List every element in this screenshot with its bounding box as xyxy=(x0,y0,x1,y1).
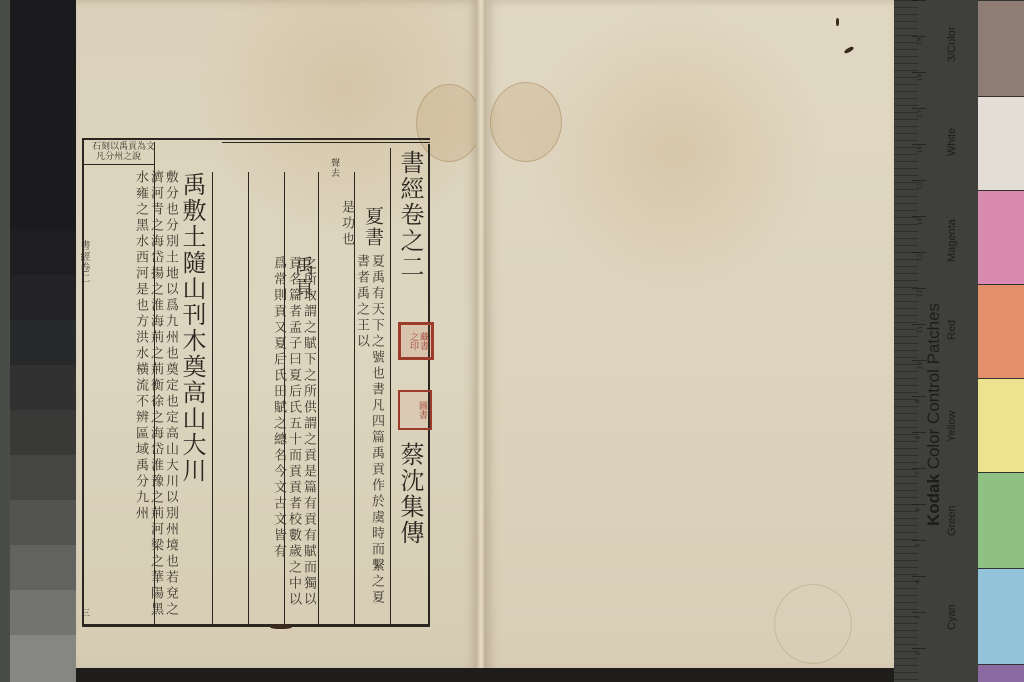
gray-step xyxy=(10,275,86,320)
ruler-number: 17 xyxy=(916,110,923,118)
frame-top-inner xyxy=(222,142,430,143)
seal-text: 藏書之印 xyxy=(404,328,428,354)
patch-cyan xyxy=(978,568,1024,664)
patch-white xyxy=(978,96,1024,190)
gray-step xyxy=(10,410,86,455)
gray-step xyxy=(10,320,86,365)
ruler-number: 6 xyxy=(914,508,921,512)
brand-name: Kodak xyxy=(924,474,943,526)
faint-ring-stain xyxy=(774,584,852,664)
gray-step xyxy=(10,635,86,682)
frame-right xyxy=(428,144,430,626)
ruler-number: 13 xyxy=(916,254,923,262)
header-note: 聲去 xyxy=(328,158,339,178)
patch-yellow xyxy=(978,378,1024,472)
debris-speck xyxy=(836,18,839,26)
kodak-color-control-strip: 2 3 4 5 6 7 8 9 10 11 12 13 14 15 16 17 … xyxy=(894,0,1024,682)
patch-label: Cyan xyxy=(946,604,958,630)
ruler-number: 11 xyxy=(916,326,923,334)
ruler-number: 15 xyxy=(916,182,923,190)
ruler-number: 12 xyxy=(916,290,923,298)
right-page xyxy=(484,0,894,672)
strip-title: Color Control Patches xyxy=(924,303,943,469)
gray-step xyxy=(10,455,86,500)
ruler-number: 3 xyxy=(914,616,921,620)
patch-label: 3/Color xyxy=(946,27,958,62)
stain-spot-right xyxy=(490,82,562,162)
patch-label: White xyxy=(946,128,958,156)
debris-speck xyxy=(844,46,855,54)
commentary-column: 之所取謂之賦下之所供謂之貢是篇有貢有賦而獨以貢名篇者孟子曰夏后氏五十而貢貢者校數… xyxy=(216,256,316,618)
patch-red xyxy=(978,284,1024,378)
column-divider xyxy=(212,172,213,626)
gray-step xyxy=(10,500,86,545)
left-page: 聲去 石刻以禹貢為文 凡分州之說 書經卷之二 蔡沈集傳 夏書 夏禹有天下之號也書… xyxy=(76,0,480,672)
commentary-column: 是功也 xyxy=(326,200,354,260)
ruler-number: 8 xyxy=(914,436,921,440)
ruler-number: 16 xyxy=(916,146,923,154)
patch-3color xyxy=(978,0,1024,96)
ruler-number: 14 xyxy=(916,218,923,226)
gray-step xyxy=(10,0,86,230)
column-divider xyxy=(390,148,391,626)
patch-label: Red xyxy=(946,320,958,340)
grayscale-strip xyxy=(0,0,86,682)
patch-magenta xyxy=(978,190,1024,284)
marginal-note: 凡分州之說 xyxy=(96,152,141,163)
ruler-number: 18 xyxy=(916,74,923,82)
volume-title: 書經卷之二 xyxy=(396,150,424,280)
gray-step xyxy=(10,365,86,410)
ruler-number: 7 xyxy=(914,472,921,476)
ruler-number: 5 xyxy=(914,544,921,548)
collector-seal: 圖書 xyxy=(398,390,432,430)
frame-left xyxy=(82,138,84,626)
gray-step xyxy=(10,545,86,590)
ruler-number: 9 xyxy=(914,400,921,404)
chapter-heading-xia-shu: 夏書 xyxy=(362,206,384,248)
grayscale-edge xyxy=(0,0,10,682)
table-edge xyxy=(76,668,894,682)
frame-bottom xyxy=(82,624,430,627)
open-book: 聲去 石刻以禹貢為文 凡分州之說 書經卷之二 蔡沈集傳 夏書 夏禹有天下之號也書… xyxy=(76,0,894,672)
patch-label: Green xyxy=(946,505,958,536)
gray-step xyxy=(10,230,86,275)
ruler-number: 10 xyxy=(916,362,923,370)
patch-label: Magenta xyxy=(946,219,958,262)
ruler-number: 4 xyxy=(914,580,921,584)
classic-text-column: 禹敷土隨山刊木奠高山大川 xyxy=(178,172,206,484)
seal-text: 圖書 xyxy=(403,395,427,425)
fold-title: 書經卷二 xyxy=(78,240,89,284)
commentator: 蔡沈集傳 xyxy=(396,442,424,546)
page-number: 三 xyxy=(78,608,89,618)
ruler-number: 19 xyxy=(916,38,923,46)
patch-blue xyxy=(978,664,1024,682)
patch-green xyxy=(978,472,1024,568)
gray-step xyxy=(10,590,86,635)
commentary-column: 敷分也分別土地以爲九州也奠定也定高山大川以別州境也若兗之濟河青之海岱揚之淮海荊之… xyxy=(88,170,178,622)
kodak-brand-label: Kodak Color Control Patches xyxy=(924,303,944,526)
water-stain xyxy=(524,0,824,300)
note-box-rule xyxy=(84,164,154,165)
ink-blot xyxy=(270,624,292,629)
frame-top xyxy=(82,138,430,140)
patch-label: Yellow xyxy=(946,411,958,442)
collector-seal: 藏書之印 xyxy=(398,322,434,360)
ruler-number: 2 xyxy=(914,652,921,656)
column-divider xyxy=(318,172,319,626)
commentary-column: 夏禹有天下之號也書凡四篇禹貢作於虞時而繫之夏書者禹之王以 xyxy=(352,254,384,614)
printed-text-block: 聲去 石刻以禹貢為文 凡分州之說 書經卷之二 蔡沈集傳 夏書 夏禹有天下之號也書… xyxy=(82,136,430,628)
